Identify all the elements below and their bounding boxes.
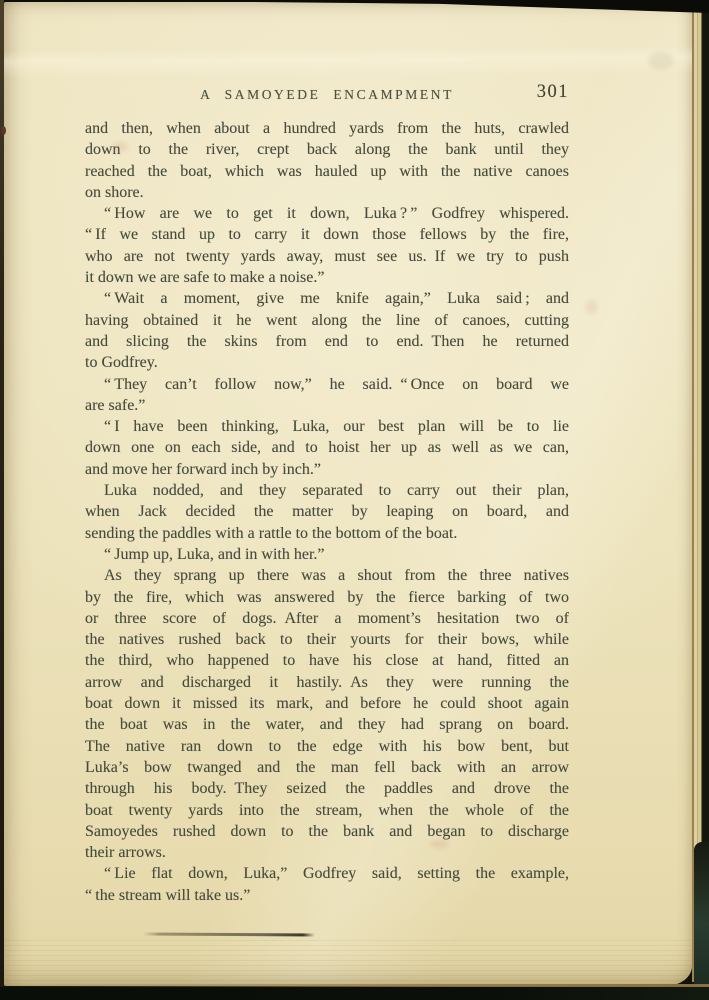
text-line: and move her forward inch by inch.” [85,459,569,480]
scan-border-left [0,0,4,1000]
text-line: “ Wait a moment, give me knife again,” L… [85,288,569,309]
scanned-page: A SAMOYEDE ENCAMPMENT 301 and then, when… [4,2,692,986]
text-line: boat down it missed its mark, and before… [85,693,569,714]
text-line: sending the paddles with a rattle to the… [85,523,569,544]
text-line: “ I have been thinking, Luka, our best p… [85,416,569,437]
text-line: by the fire, which was answered by the f… [85,587,569,608]
text-line: and slicing the skins from end to end. T… [85,331,569,352]
text-line: the boat was in the water, and they had … [85,714,569,735]
text-line: are safe.” [85,395,569,416]
page-number: 301 [537,82,569,103]
text-line: who are not twenty yards away, must see … [85,246,569,267]
text-line: “ They can’t follow now,” he said. “ Onc… [85,374,569,395]
text-line: boat twenty yards into the stream, when … [85,800,569,821]
binding-blemish [1,126,6,135]
text-line: to Godfrey. [85,352,569,373]
text-line: down to the river, crept back along the … [85,139,569,160]
page-stack-strips [692,2,703,982]
text-line: reached the boat, which was hauled up wi… [85,161,569,182]
text-line: through his body. They seized the paddle… [85,778,569,799]
text-line: “ How are we to get it down, Luka ? ” Go… [85,203,569,224]
text-line: “ If we stand up to carry it down those … [85,224,569,245]
text-line: arrow and discharged it hastily. As they… [85,672,569,693]
text-line: when Jack decided the matter by leaping … [85,501,569,522]
text-line: the third, who happened to have his clos… [85,650,569,671]
body-text: and then, when about a hundred yards fro… [85,118,569,906]
text-line: their arrows. [85,842,569,863]
text-line: down one on each side, and to hoist her … [85,437,569,458]
page-edge-striations [4,940,692,986]
text-line: the natives rushed back to their yourts … [85,629,569,650]
text-line: and then, when about a hundred yards fro… [85,118,569,139]
scan-border-bottom [0,987,709,1000]
page-header: A SAMOYEDE ENCAMPMENT 301 [85,86,569,108]
text-line: Luka’s bow twanged and the man fell back… [85,757,569,778]
paper-sheen-band [4,46,692,79]
text-line: “ Lie flat down, Luka,” Godfrey said, se… [85,863,569,884]
text-line: The native ran down to the edge with his… [85,736,569,757]
text-line: Luka nodded, and they separated to carry… [85,480,569,501]
text-line: “ Jump up, Luka, and in with her.” [85,544,569,565]
book-scan: A SAMOYEDE ENCAMPMENT 301 and then, when… [0,0,709,1000]
text-line: it down we are safe to make a noise.” [85,267,569,288]
text-line: having obtained it he went along the lin… [85,310,569,331]
text-line: As they sprang up there was a shout from… [85,565,569,586]
text-line: “ the stream will take us.” [85,885,569,906]
running-title: A SAMOYEDE ENCAMPMENT [85,86,569,104]
text-line: or three score of dogs. After a moment’s… [85,608,569,629]
book-cover-edge [694,842,709,992]
text-line: on shore. [85,182,569,203]
text-line: Samoyedes rushed down to the bank and be… [85,821,569,842]
